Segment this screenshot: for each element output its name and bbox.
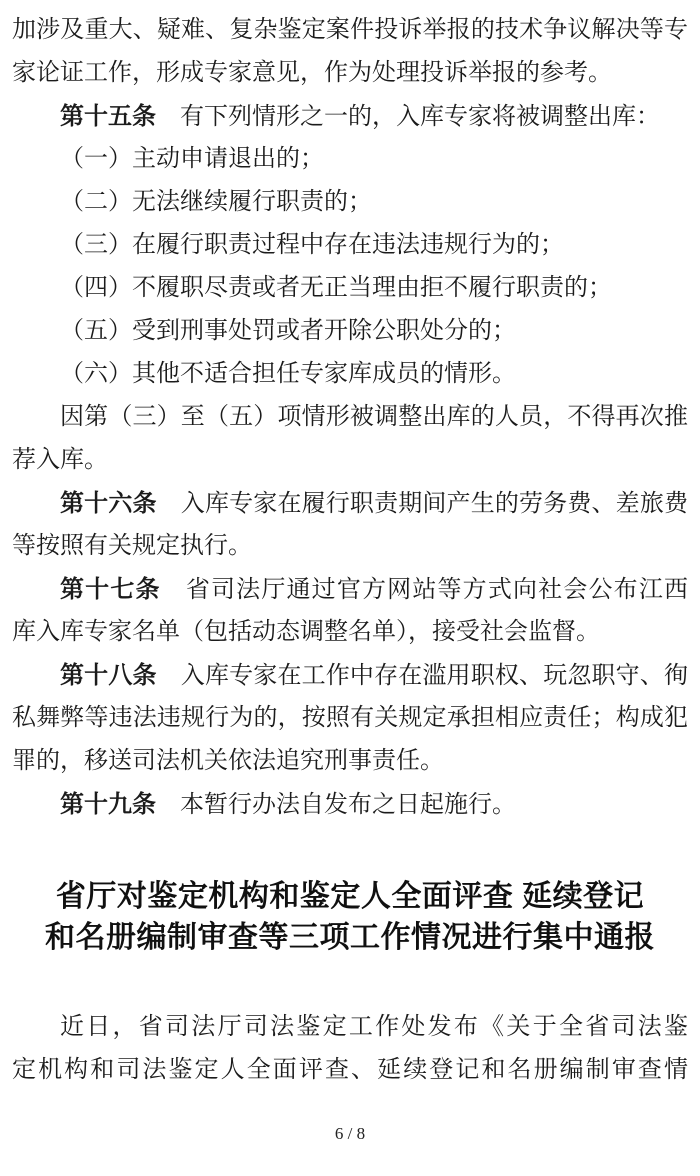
- page-number: 6 / 8: [335, 1124, 365, 1143]
- article-number: 第十九条: [60, 791, 156, 818]
- text-line: 第十六条 入库专家在履行职责期间产生的劳务费、差旅费: [12, 482, 688, 525]
- section-title: 省厅对鉴定机构和鉴定人全面评查 延续登记 和名册编制审查等三项工作情况进行集中通…: [12, 876, 688, 958]
- article-number: 第十七条: [60, 576, 161, 603]
- intro-paragraph-block: 近日，省司法厅司法鉴定工作处发布《关于全省司法鉴定机构和司法鉴定人全面评查、延续…: [12, 1006, 688, 1092]
- text-line: 第十五条 有下列情形之一的，入库专家将被调整出库：: [12, 95, 688, 138]
- article-number: 第十五条: [60, 103, 156, 130]
- page-footer: 6 / 8: [12, 1124, 688, 1144]
- article-number: 第十六条: [60, 490, 157, 517]
- section-title-line-2: 和名册编制审查等三项工作情况进行集中通报: [12, 917, 688, 958]
- text-line: 罪的，移送司法机关依法追究刑事责任。: [12, 740, 688, 783]
- text-line: （四）不履职尽责或者无正当理由拒不履行职责的；: [12, 267, 688, 310]
- text-line: 荐入库。: [12, 439, 688, 482]
- text-line: （六）其他不适合担任专家库成员的情形。: [12, 353, 688, 396]
- text-line: （二）无法继续履行职责的；: [12, 181, 688, 224]
- article-number: 第十八条: [60, 662, 157, 689]
- text-line: 近日，省司法厅司法鉴定工作处发布《关于全省司法鉴: [12, 1006, 688, 1049]
- text-line: 第十九条 本暂行办法自发布之日起施行。: [12, 783, 688, 826]
- document-page: 加涉及重大、疑难、复杂鉴定案件投诉举报的技术争议解决等专家论证工作，形成专家意见…: [0, 0, 700, 1176]
- text-line: 家论证工作，形成专家意见，作为处理投诉举报的参考。: [12, 52, 688, 95]
- text-line: （三）在履行职责过程中存在违法违规行为的；: [12, 224, 688, 267]
- text-line: 第十八条 入库专家在工作中存在滥用职权、玩忽职守、徇: [12, 654, 688, 697]
- text-line: 等按照有关规定执行。: [12, 525, 688, 568]
- text-line: （一）主动申请退出的；: [12, 138, 688, 181]
- text-line: （五）受到刑事处罚或者开除公职处分的；: [12, 310, 688, 353]
- text-line: 因第（三）至（五）项情形被调整出库的人员，不得再次推: [12, 396, 688, 439]
- text-line: 定机构和司法鉴定人全面评查、延续登记和名册编制审查情: [12, 1049, 688, 1092]
- text-line: 私舞弊等违法违规行为的，按照有关规定承担相应责任；构成犯: [12, 697, 688, 740]
- text-line: 加涉及重大、疑难、复杂鉴定案件投诉举报的技术争议解决等专: [12, 9, 688, 52]
- article-text-block: 加涉及重大、疑难、复杂鉴定案件投诉举报的技术争议解决等专家论证工作，形成专家意见…: [12, 9, 688, 826]
- text-line: 库入库专家名单（包括动态调整名单），接受社会监督。: [12, 611, 688, 654]
- section-title-line-1: 省厅对鉴定机构和鉴定人全面评查 延续登记: [12, 876, 688, 917]
- text-line: 第十七条 省司法厅通过官方网站等方式向社会公布江西: [12, 568, 688, 611]
